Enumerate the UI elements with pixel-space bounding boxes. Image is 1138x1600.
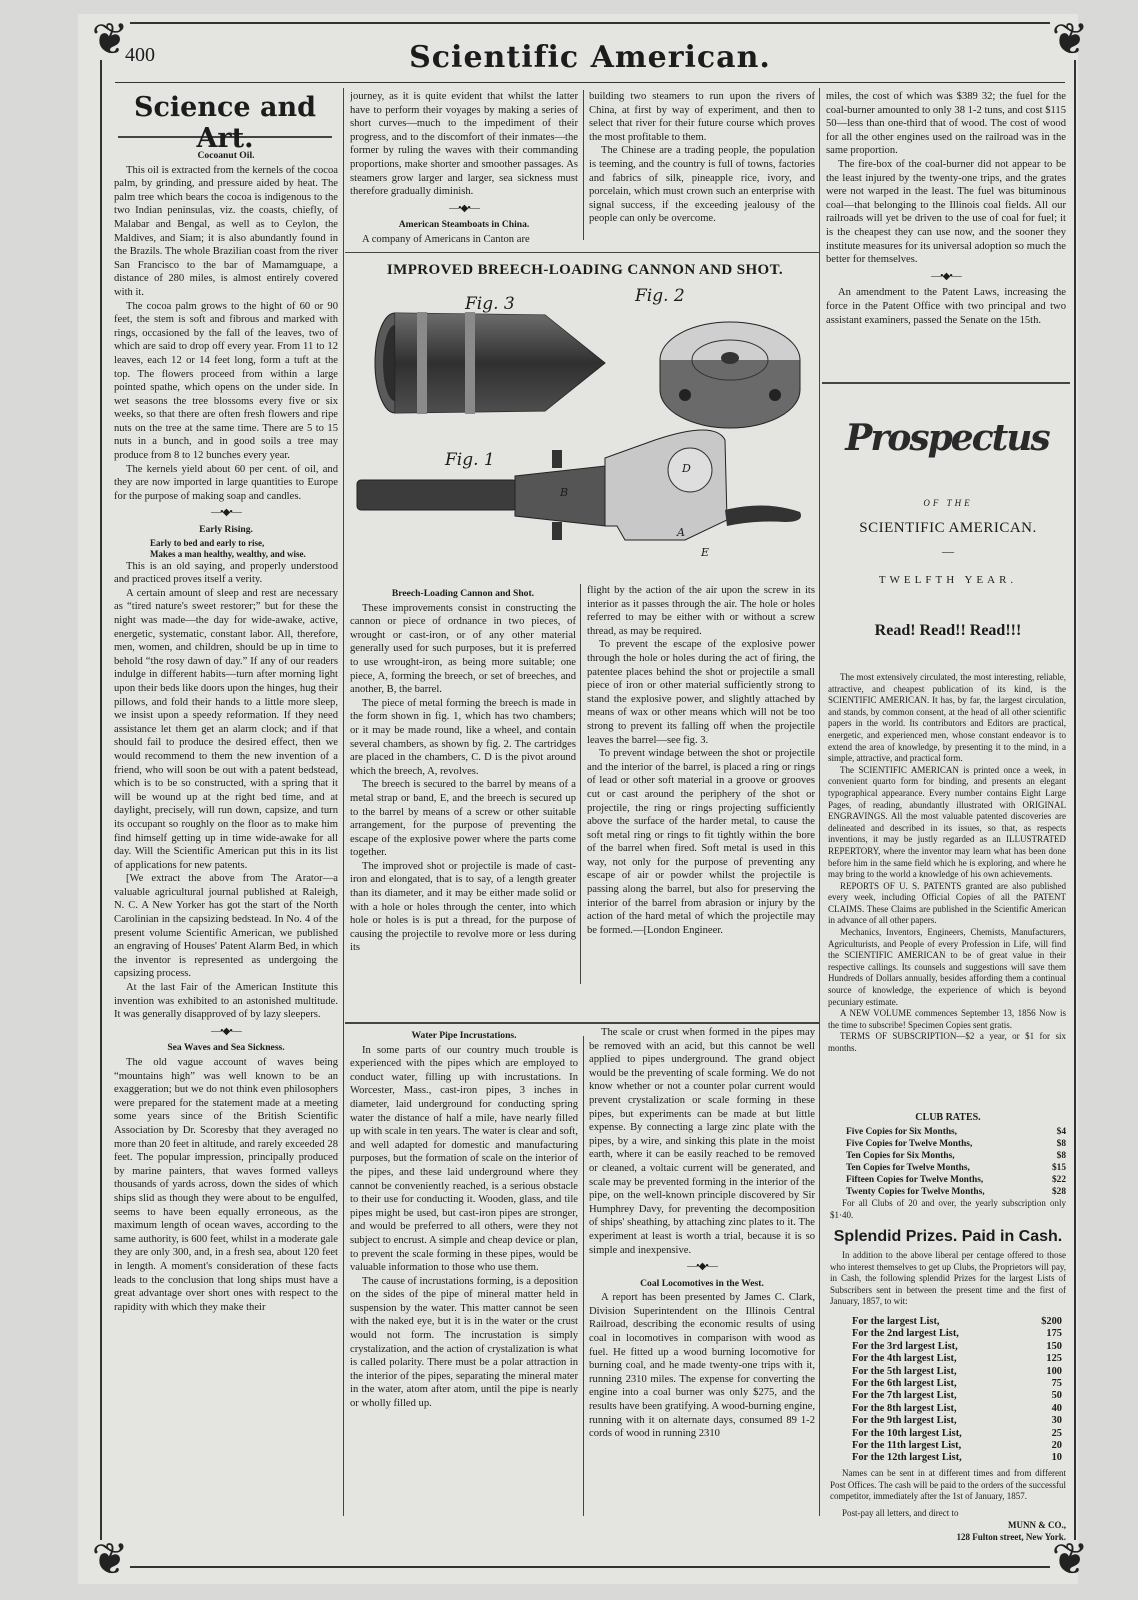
article-paragraph: The cocoa palm grows to the hight of 60 … bbox=[114, 300, 338, 463]
article-paragraph: The kernels yield about 60 per cent. of … bbox=[114, 463, 338, 504]
publisher-name: MUNN & CO., bbox=[830, 1520, 1066, 1532]
rate-label: Five Copies for Twelve Months, bbox=[846, 1138, 972, 1150]
article-paragraph: building two steamers to run upon the ri… bbox=[589, 90, 815, 144]
prize-label: For the 4th largest List, bbox=[852, 1353, 957, 1365]
article-heading-breech-loading: Breech-Loading Cannon and Shot. bbox=[350, 587, 576, 601]
verse-line: Early to bed and early to rise, bbox=[114, 538, 338, 549]
rate-price: $15 bbox=[1052, 1162, 1066, 1174]
article-paragraph: The fire-box of the coal-burner did not … bbox=[826, 158, 1066, 267]
prize-amount: 100 bbox=[1046, 1366, 1062, 1378]
prizes-intro: In addition to the above liberal per cen… bbox=[830, 1250, 1066, 1310]
divider-ornament: —•◆•— bbox=[589, 1260, 815, 1274]
illustration-title: IMPROVED BREECH-LOADING CANNON AND SHOT. bbox=[350, 262, 820, 279]
prospectus-paragraph: TERMS OF SUBSCRIPTION—$2 a year, or $1 f… bbox=[828, 1031, 1066, 1054]
frame-border bbox=[130, 1566, 1050, 1568]
prize-amount: 125 bbox=[1046, 1353, 1062, 1365]
prospectus-paragraph: The SCIENTIFIC AMERICAN is printed once … bbox=[828, 765, 1066, 881]
column-divider bbox=[583, 1036, 584, 1516]
postpay-text: Post-pay all letters, and direct to bbox=[830, 1508, 1066, 1520]
article-paragraph: flight by the action of the air upon the… bbox=[587, 584, 815, 638]
divider-ornament: —•◆•— bbox=[350, 202, 578, 216]
prize-amount: 175 bbox=[1046, 1328, 1062, 1340]
article-heading-early-rising: Early Rising. bbox=[114, 523, 338, 537]
prize-amount: 150 bbox=[1046, 1341, 1062, 1353]
frame-border bbox=[1074, 60, 1076, 1540]
water-pipe-text-left: Water Pipe Incrustations. In some parts … bbox=[350, 1026, 578, 1520]
club-rates-title: CLUB RATES. bbox=[832, 1112, 1064, 1123]
section-rule bbox=[345, 1022, 819, 1024]
article-paragraph: [We extract the above from The Arator—a … bbox=[114, 872, 338, 981]
rate-price: $28 bbox=[1052, 1186, 1066, 1198]
prize-label: For the 10th largest List, bbox=[852, 1428, 962, 1440]
prize-row: For the 7th largest List,50 bbox=[852, 1390, 1062, 1402]
article-paragraph: The piece of metal forming the breech is… bbox=[350, 697, 576, 779]
prize-amount: 75 bbox=[1052, 1378, 1062, 1390]
prizes-intro-text: In addition to the above liberal per cen… bbox=[830, 1250, 1066, 1308]
prospectus-read: Read! Read!! Read!!! bbox=[832, 622, 1064, 640]
rate-label: Fifteen Copies for Twelve Months, bbox=[846, 1174, 983, 1186]
prize-label: For the 3rd largest List, bbox=[852, 1341, 958, 1353]
article-paragraph: The cause of incrustations forming, is a… bbox=[350, 1275, 578, 1411]
prospectus-body: The most extensively circulated, the mos… bbox=[828, 672, 1066, 1094]
prospectus-year: TWELFTH YEAR. bbox=[832, 574, 1064, 586]
column-3-top: building two steamers to run upon the ri… bbox=[589, 90, 815, 250]
prize-amount: 20 bbox=[1052, 1440, 1062, 1452]
article-heading-steamboats: American Steamboats in China. bbox=[350, 218, 578, 232]
prize-label: For the 8th largest List, bbox=[852, 1403, 957, 1415]
page-number: 400 bbox=[125, 44, 155, 67]
club-note-text: For all Clubs of 20 and over, the yearly… bbox=[830, 1198, 1066, 1221]
prospectus-paragraph: Mechanics, Inventors, Engineers, Chemist… bbox=[828, 927, 1066, 1008]
article-paragraph: In some parts of our country much troubl… bbox=[350, 1044, 578, 1275]
article-paragraph: The old vague account of waves being “mo… bbox=[114, 1056, 338, 1314]
address-text: 128 Fulton street, New York. bbox=[830, 1532, 1066, 1544]
rate-price: $8 bbox=[1057, 1138, 1066, 1150]
club-rate-row: Ten Copies for Twelve Months,$15 bbox=[846, 1162, 1066, 1174]
prize-row: For the 9th largest List,30 bbox=[852, 1415, 1062, 1427]
frame-border bbox=[100, 60, 102, 1540]
divider-ornament: —•◆•— bbox=[826, 270, 1066, 284]
article-heading-sea-waves: Sea Waves and Sea Sickness. bbox=[114, 1041, 338, 1055]
rate-price: $22 bbox=[1052, 1174, 1066, 1186]
prize-row: For the 6th largest List,75 bbox=[852, 1378, 1062, 1390]
prize-label: For the 6th largest List, bbox=[852, 1378, 957, 1390]
prize-row: For the 11th largest List,20 bbox=[852, 1440, 1062, 1452]
prize-row: For the 3rd largest List,150 bbox=[852, 1341, 1062, 1353]
column-divider bbox=[583, 90, 584, 240]
article-paragraph: miles, the cost of which was $389 32; th… bbox=[826, 90, 1066, 158]
prize-row: For the 2nd largest List,175 bbox=[852, 1328, 1062, 1340]
column-divider bbox=[819, 88, 820, 1516]
article-heading-coal-locomotives: Coal Locomotives in the West. bbox=[589, 1277, 815, 1291]
figure-label: Fig. 2 bbox=[635, 286, 685, 306]
part-label: E bbox=[701, 546, 709, 559]
article-paragraph: The scale or crust when formed in the pi… bbox=[589, 1026, 815, 1257]
article-heading-water-pipe: Water Pipe Incrustations. bbox=[350, 1029, 578, 1043]
prize-row: For the 4th largest List,125 bbox=[852, 1353, 1062, 1365]
section-title: Science and Art. bbox=[110, 92, 340, 154]
cannon-illustration: Fig. 3 Fig. 2 Fig. 1 B D A E bbox=[355, 290, 815, 580]
prizes-title: Splendid Prizes. Paid in Cash. bbox=[832, 1228, 1064, 1246]
club-rate-row: Five Copies for Twelve Months,$8 bbox=[846, 1138, 1066, 1150]
rate-label: Twenty Copies for Twelve Months, bbox=[846, 1186, 985, 1198]
cannon-text-left: Breech-Loading Cannon and Shot. These im… bbox=[350, 584, 576, 988]
article-paragraph: The Chinese are a trading people, the po… bbox=[589, 144, 815, 226]
article-paragraph: This is an old saying, and properly unde… bbox=[114, 560, 338, 587]
column-divider bbox=[343, 88, 344, 1516]
article-paragraph: These improvements consist in constructi… bbox=[350, 602, 576, 697]
column-divider bbox=[580, 584, 581, 984]
prospectus-paragraph: REPORTS OF U. S. PATENTS granted are als… bbox=[828, 881, 1066, 927]
prize-row: For the 10th largest List,25 bbox=[852, 1428, 1062, 1440]
prospectus-banner: Prospectus bbox=[832, 398, 1062, 478]
rate-price: $4 bbox=[1057, 1126, 1066, 1138]
club-rate-row: Twenty Copies for Twelve Months,$28 bbox=[846, 1186, 1066, 1198]
prize-label: For the 7th largest List, bbox=[852, 1390, 957, 1402]
water-pipe-text-right: The scale or crust when formed in the pi… bbox=[589, 1026, 815, 1520]
prize-label: For the 11th largest List, bbox=[852, 1440, 961, 1452]
club-note: For all Clubs of 20 and over, the yearly… bbox=[830, 1198, 1066, 1224]
article-paragraph: To prevent windage between the shot or p… bbox=[587, 747, 815, 937]
club-rate-row: Fifteen Copies for Twelve Months,$22 bbox=[846, 1174, 1066, 1186]
divider-ornament: —•◆•— bbox=[114, 1025, 338, 1039]
part-label: A bbox=[677, 526, 685, 539]
column-1: Cocoanut Oil. This oil is extracted from… bbox=[114, 146, 338, 1522]
article-paragraph: At the last Fair of the American Institu… bbox=[114, 981, 338, 1022]
cannon-text-right: flight by the action of the air upon the… bbox=[587, 584, 815, 1004]
part-label: B bbox=[560, 486, 568, 499]
divider-ornament: —•◆•— bbox=[114, 506, 338, 520]
prize-amount: 50 bbox=[1052, 1390, 1062, 1402]
rule-dash: — bbox=[832, 544, 1064, 559]
verse-line: Makes a man healthy, wealthy, and wise. bbox=[114, 549, 338, 560]
prize-row: For the 8th largest List,40 bbox=[852, 1403, 1062, 1415]
corner-ornament-icon: ❦ bbox=[80, 1530, 140, 1590]
prize-label: For the 12th largest List, bbox=[852, 1452, 962, 1464]
prize-amount: 30 bbox=[1052, 1415, 1062, 1427]
article-heading-coconut-oil: Cocoanut Oil. bbox=[114, 149, 338, 163]
article-paragraph: A company of Americans in Canton are bbox=[350, 233, 578, 247]
prize-amount: $200 bbox=[1041, 1316, 1062, 1328]
club-rate-row: Ten Copies for Six Months,$8 bbox=[846, 1150, 1066, 1162]
prize-row: For the 12th largest List,10 bbox=[852, 1452, 1062, 1464]
cannon-engraving-icon bbox=[355, 290, 815, 580]
prizes-note: Names can be sent in at different times … bbox=[830, 1468, 1066, 1508]
figure-label: Fig. 1 bbox=[445, 450, 495, 470]
column-2-top: journey, as it is quite evident that whi… bbox=[350, 90, 578, 250]
prizes-note-text: Names can be sent in at different times … bbox=[830, 1468, 1066, 1503]
prize-row: For the largest List,$200 bbox=[852, 1316, 1062, 1328]
article-paragraph: The improved shot or projectile is made … bbox=[350, 860, 576, 955]
masthead: Scientific American. bbox=[380, 40, 800, 75]
prize-label: For the largest List, bbox=[852, 1316, 940, 1328]
publisher-address: 128 Fulton street, New York. bbox=[830, 1532, 1066, 1546]
prize-label: For the 2nd largest List, bbox=[852, 1328, 959, 1340]
prize-label: For the 9th largest List, bbox=[852, 1415, 957, 1427]
column-4-top: miles, the cost of which was $389 32; th… bbox=[826, 90, 1066, 380]
prospectus-paragraph: The most extensively circulated, the mos… bbox=[828, 672, 1066, 765]
prize-label: For the 5th largest List, bbox=[852, 1366, 957, 1378]
article-paragraph: A certain amount of sleep and rest are n… bbox=[114, 587, 338, 872]
prospectus-paragraph: A NEW VOLUME commences September 13, 185… bbox=[828, 1008, 1066, 1031]
article-paragraph: journey, as it is quite evident that whi… bbox=[350, 90, 578, 199]
prize-amount: 25 bbox=[1052, 1428, 1062, 1440]
article-paragraph: A report has been presented by James C. … bbox=[589, 1291, 815, 1441]
club-rate-row: Five Copies for Six Months,$4 bbox=[846, 1126, 1066, 1138]
section-rule bbox=[822, 382, 1070, 384]
prospectus-of-the: OF THE bbox=[832, 498, 1064, 508]
article-paragraph: To prevent the escape of the explosive p… bbox=[587, 638, 815, 747]
article-paragraph: This oil is extracted from the kernels o… bbox=[114, 164, 338, 300]
prospectus-publication: SCIENTIFIC AMERICAN. bbox=[832, 520, 1064, 537]
part-label: D bbox=[682, 462, 691, 475]
section-rule bbox=[345, 252, 819, 253]
rate-label: Ten Copies for Six Months, bbox=[846, 1150, 955, 1162]
prizes-table: For the largest List,$200 For the 2nd la… bbox=[852, 1316, 1062, 1465]
rate-price: $8 bbox=[1057, 1150, 1066, 1162]
prize-amount: 40 bbox=[1052, 1403, 1062, 1415]
rate-label: Ten Copies for Twelve Months, bbox=[846, 1162, 970, 1174]
article-paragraph: An amendment to the Patent Laws, increas… bbox=[826, 286, 1066, 327]
corner-ornament-icon: ❦ bbox=[1040, 10, 1100, 70]
club-rates-table: Five Copies for Six Months,$4 Five Copie… bbox=[846, 1126, 1066, 1198]
frame-border bbox=[130, 22, 1050, 24]
figure-label: Fig. 3 bbox=[465, 294, 515, 314]
prize-amount: 10 bbox=[1052, 1452, 1062, 1464]
rate-label: Five Copies for Six Months, bbox=[846, 1126, 957, 1138]
article-paragraph: The breech is secured to the barrel by m… bbox=[350, 778, 576, 860]
prize-row: For the 5th largest List,100 bbox=[852, 1366, 1062, 1378]
masthead-rule bbox=[115, 82, 1065, 83]
